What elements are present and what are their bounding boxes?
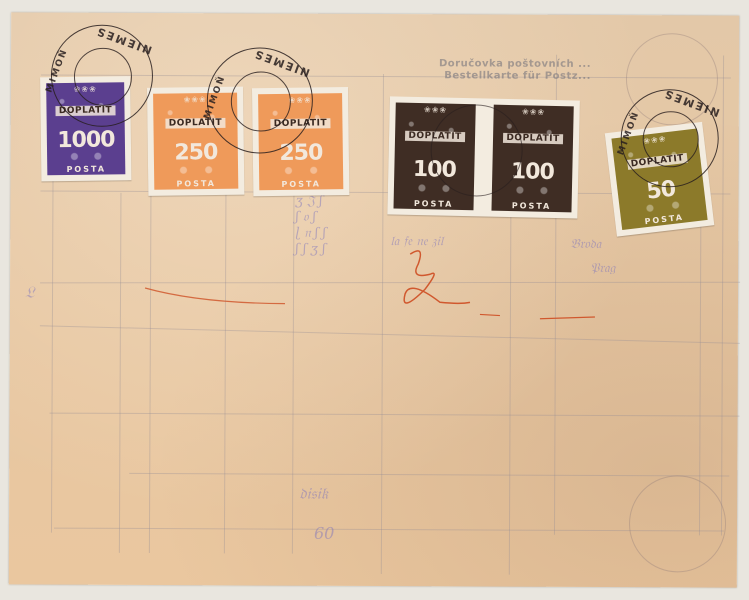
stamp-value: 250 (170, 141, 221, 166)
postmark-stamp-pair (430, 104, 522, 196)
grid-line (129, 473, 729, 477)
stamp-border-text: ❀❀❀ (522, 107, 545, 117)
grid-line (54, 528, 724, 532)
pencil-notes: 60 (314, 524, 334, 543)
faint-postmark (629, 475, 726, 572)
header-line-czech: Doručovka poštovních ... (351, 58, 591, 71)
stamp-bottom: POSTA (644, 213, 684, 227)
stamp-bottom: POSTA (281, 179, 321, 189)
header-line-german: Bestellkarte für Postz... (351, 70, 591, 83)
pencil-notes: 𝔡𝔦𝔰𝔦𝔨 (299, 484, 328, 504)
postal-document: Doručovka poštovních ... Bestellkarte fü… (9, 12, 739, 587)
red-signature (140, 233, 660, 325)
grid-line (40, 325, 740, 344)
postmark-inner-ring (643, 111, 699, 167)
postmark: NIEMES MIMOŇ (51, 25, 153, 127)
postmark-town-czech: MIMOŇ (44, 47, 69, 94)
stamp-bottom: POSTA (176, 179, 216, 189)
stamp-border-text: ❀❀❀ (424, 105, 447, 115)
postmark: NIEMES MIMOŇ (620, 89, 718, 187)
postmark-town-czech: MIMOŇ (202, 74, 227, 121)
postmark: NIEMES MIMOŇ (207, 47, 313, 153)
postmark-inner-ring (74, 48, 132, 106)
header-title: Doručovka poštovních ... Bestellkarte fü… (351, 58, 591, 83)
stamp-value: 1000 (53, 128, 119, 153)
stamp-bottom: POSTA (414, 199, 454, 209)
grid-line (119, 193, 122, 553)
stamp-bottom: POSTA (512, 201, 552, 211)
pencil-notes: 𝔏 (25, 282, 35, 302)
stamp-border-text: ❀❀❀ (184, 95, 207, 104)
grid-line (50, 413, 740, 417)
postmark-inner-ring (231, 71, 291, 131)
stamp-bottom: POSTA (66, 164, 106, 174)
grid-line (721, 56, 724, 536)
postmark-town-czech: MIMOŇ (616, 110, 641, 157)
